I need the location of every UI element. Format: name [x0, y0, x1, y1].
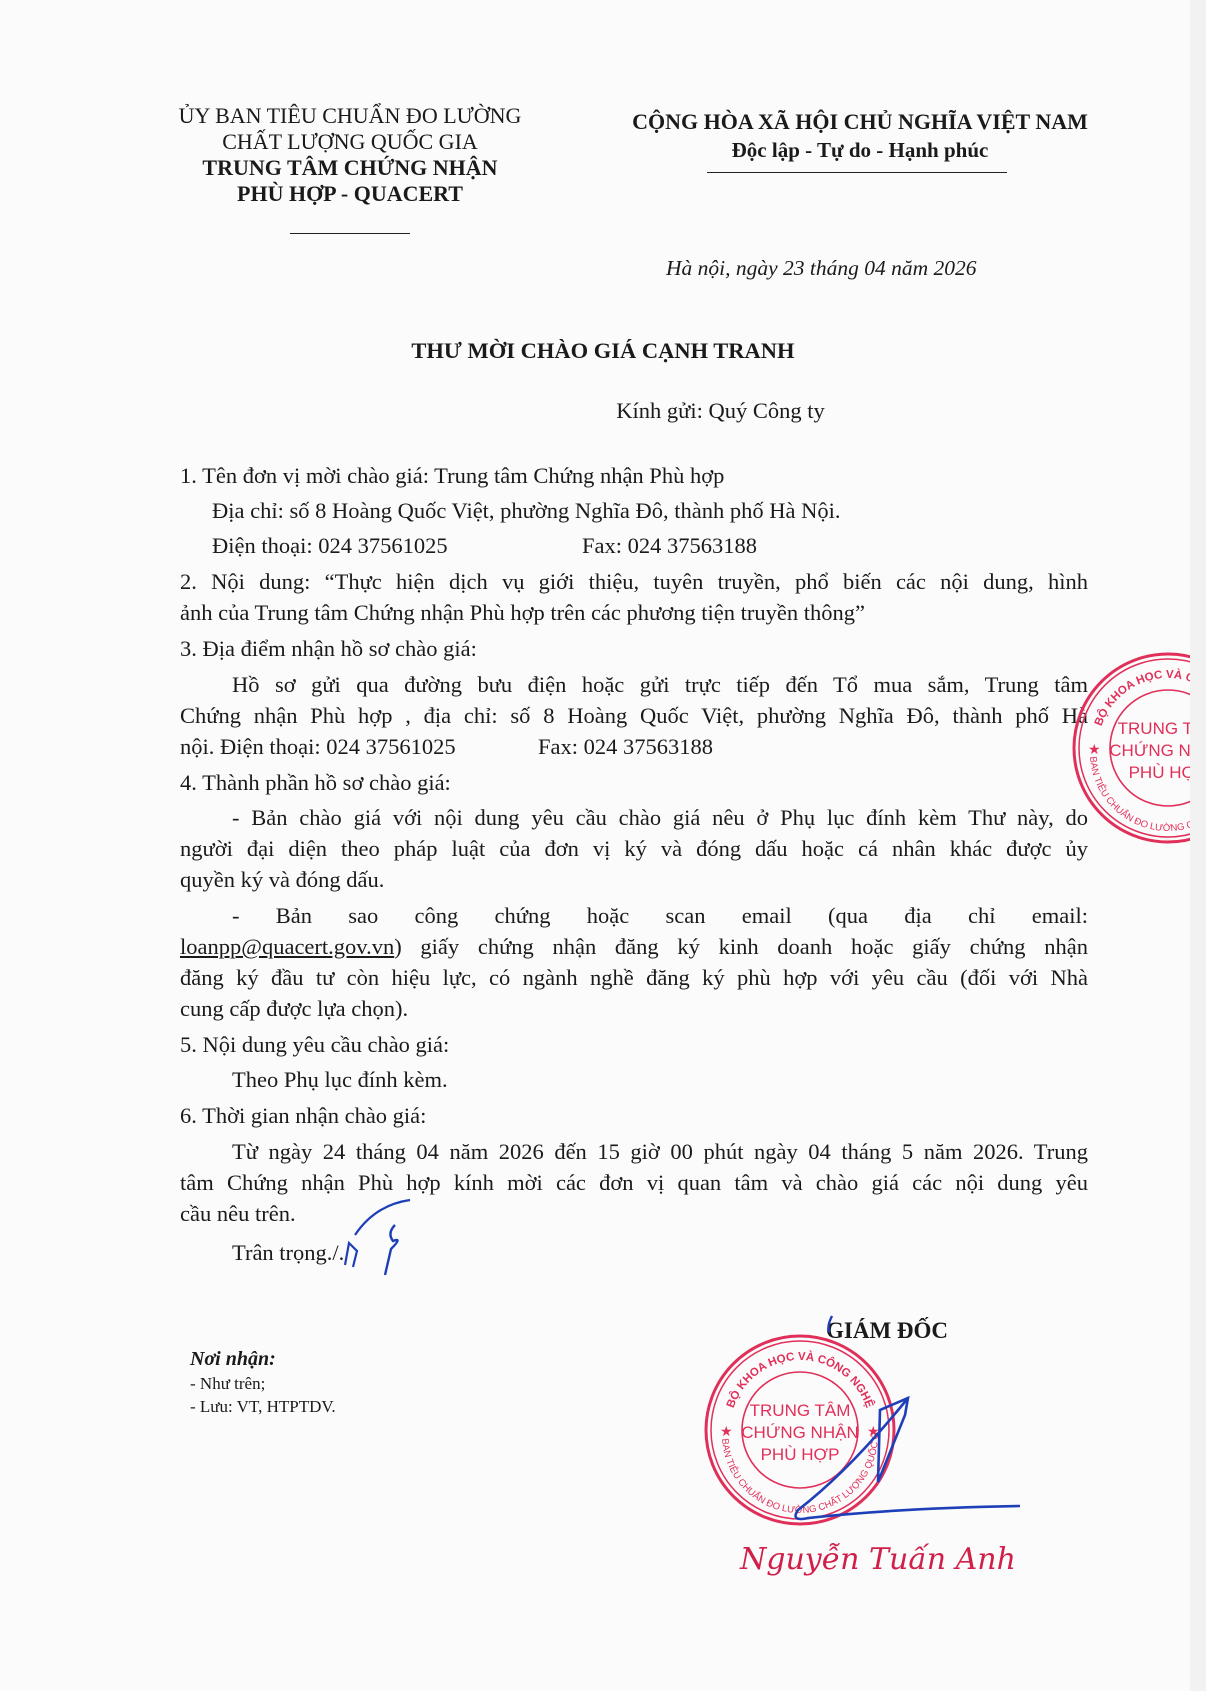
email-link[interactable]: loanpp@quacert.gov.vn — [180, 934, 394, 960]
signer-name: Nguyễn Tuấn Anh — [740, 1542, 1016, 1577]
nation-header: CỘNG HÒA XÃ HỘI CHỦ NGHĨA VIỆT NAM Độc l… — [590, 108, 1130, 164]
org-underline — [290, 233, 410, 234]
s4-item2-line-3: đăng ký đầu tư còn hiệu lực, có ngành ng… — [180, 965, 1088, 991]
s5-heading: 5. Nội dung yêu cầu chào giá: — [180, 1032, 449, 1058]
s2-line-2: ảnh của Trung tâm Chứng nhận Phù hợp trê… — [180, 600, 865, 626]
s6-line-2: tâm Chứng nhận Phù hợp kính mời các đơn … — [180, 1170, 1088, 1196]
recipient-item: - Như trên; — [190, 1374, 265, 1394]
s3-heading: 3. Địa điểm nhận hồ sơ chào giá: — [180, 636, 477, 662]
org-line-3: TRUNG TÂM CHỨNG NHẬN — [150, 155, 550, 181]
s4-item1-line-3: quyền ký và đóng dấu. — [180, 867, 384, 893]
svg-text:★: ★ — [1088, 741, 1101, 757]
org-header: ỦY BAN TIÊU CHUẨN ĐO LƯỜNG CHẤT LƯỢNG QU… — [150, 103, 550, 207]
s5-body: Theo Phụ lục đính kèm. — [232, 1067, 448, 1093]
initials-mark-icon — [335, 1195, 415, 1285]
recipient-item: - Lưu: VT, HTPTDV. — [190, 1397, 336, 1417]
s3-line-3-phone: nội. Điện thoại: 024 37561025 — [180, 734, 456, 760]
document-title: THƯ MỜI CHÀO GIÁ CẠNH TRANH — [0, 338, 1206, 364]
s1-heading: 1. Tên đơn vị mời chào giá: Trung tâm Ch… — [180, 463, 724, 489]
signature-stroke-icon — [700, 1310, 1040, 1530]
org-line-4: PHÙ HỢP - QUACERT — [150, 181, 550, 207]
s1-fax: Fax: 024 37563188 — [582, 533, 757, 559]
partial-seal-icon: BỘ KHOA HỌC VÀ CÔNG NGHỆ ỦY BAN TIÊU CHU… — [1068, 648, 1206, 848]
nation-line-1: CỘNG HÒA XÃ HỘI CHỦ NGHĨA VIỆT NAM — [590, 108, 1130, 136]
salutation: Kính gửi: Quý Công ty — [0, 398, 1206, 424]
s4-item2-line-4: cung cấp được lựa chọn). — [180, 996, 408, 1022]
org-line-2: CHẤT LƯỢNG QUỐC GIA — [150, 129, 550, 155]
s4-item1-line-1: - Bản chào giá với nội dung yêu cầu chào… — [232, 805, 1088, 831]
s3-line-1: Hồ sơ gửi qua đường bưu điện hoặc gửi tr… — [232, 672, 1088, 698]
s3-line-2: Chứng nhận Phù hợp , địa chỉ: số 8 Hoàng… — [180, 703, 1088, 729]
s1-address: Địa chỉ: số 8 Hoàng Quốc Việt, phường Ng… — [212, 498, 840, 524]
nation-underline — [707, 172, 1007, 173]
s4-item1-line-2: người đại diện theo pháp luật của đơn vị… — [180, 836, 1088, 862]
closing: Trân trọng./. — [232, 1240, 344, 1266]
s4-item2-line-1: - Bản sao công chứng hoặc scan email (qu… — [232, 903, 1088, 929]
s6-line-3: cầu nêu trên. — [180, 1201, 296, 1227]
page-edge — [1190, 0, 1206, 1691]
s4-item2-line-2-rest: ) giấy chứng nhận đăng ký kinh doanh hoặ… — [394, 934, 1088, 960]
recipients-label: Nơi nhận: — [190, 1348, 276, 1371]
place-date: Hà nội, ngày 23 tháng 04 năm 2026 — [666, 256, 977, 281]
s3-line-3-fax: Fax: 024 37563188 — [538, 734, 713, 760]
s2-line-1: 2. Nội dung: “Thực hiện dịch vụ giới thi… — [180, 569, 1088, 595]
s6-heading: 6. Thời gian nhận chào giá: — [180, 1103, 426, 1129]
s4-heading: 4. Thành phần hồ sơ chào giá: — [180, 770, 451, 796]
s6-line-1: Từ ngày 24 tháng 04 năm 2026 đến 15 giờ … — [232, 1139, 1088, 1165]
nation-line-2: Độc lập - Tự do - Hạnh phúc — [590, 136, 1130, 164]
s1-phone: Điện thoại: 024 37561025 — [212, 533, 448, 559]
org-line-1: ỦY BAN TIÊU CHUẨN ĐO LƯỜNG — [150, 103, 550, 129]
s4-item2-line-2: loanpp@quacert.gov.vn ) giấy chứng nhận … — [180, 934, 1088, 960]
